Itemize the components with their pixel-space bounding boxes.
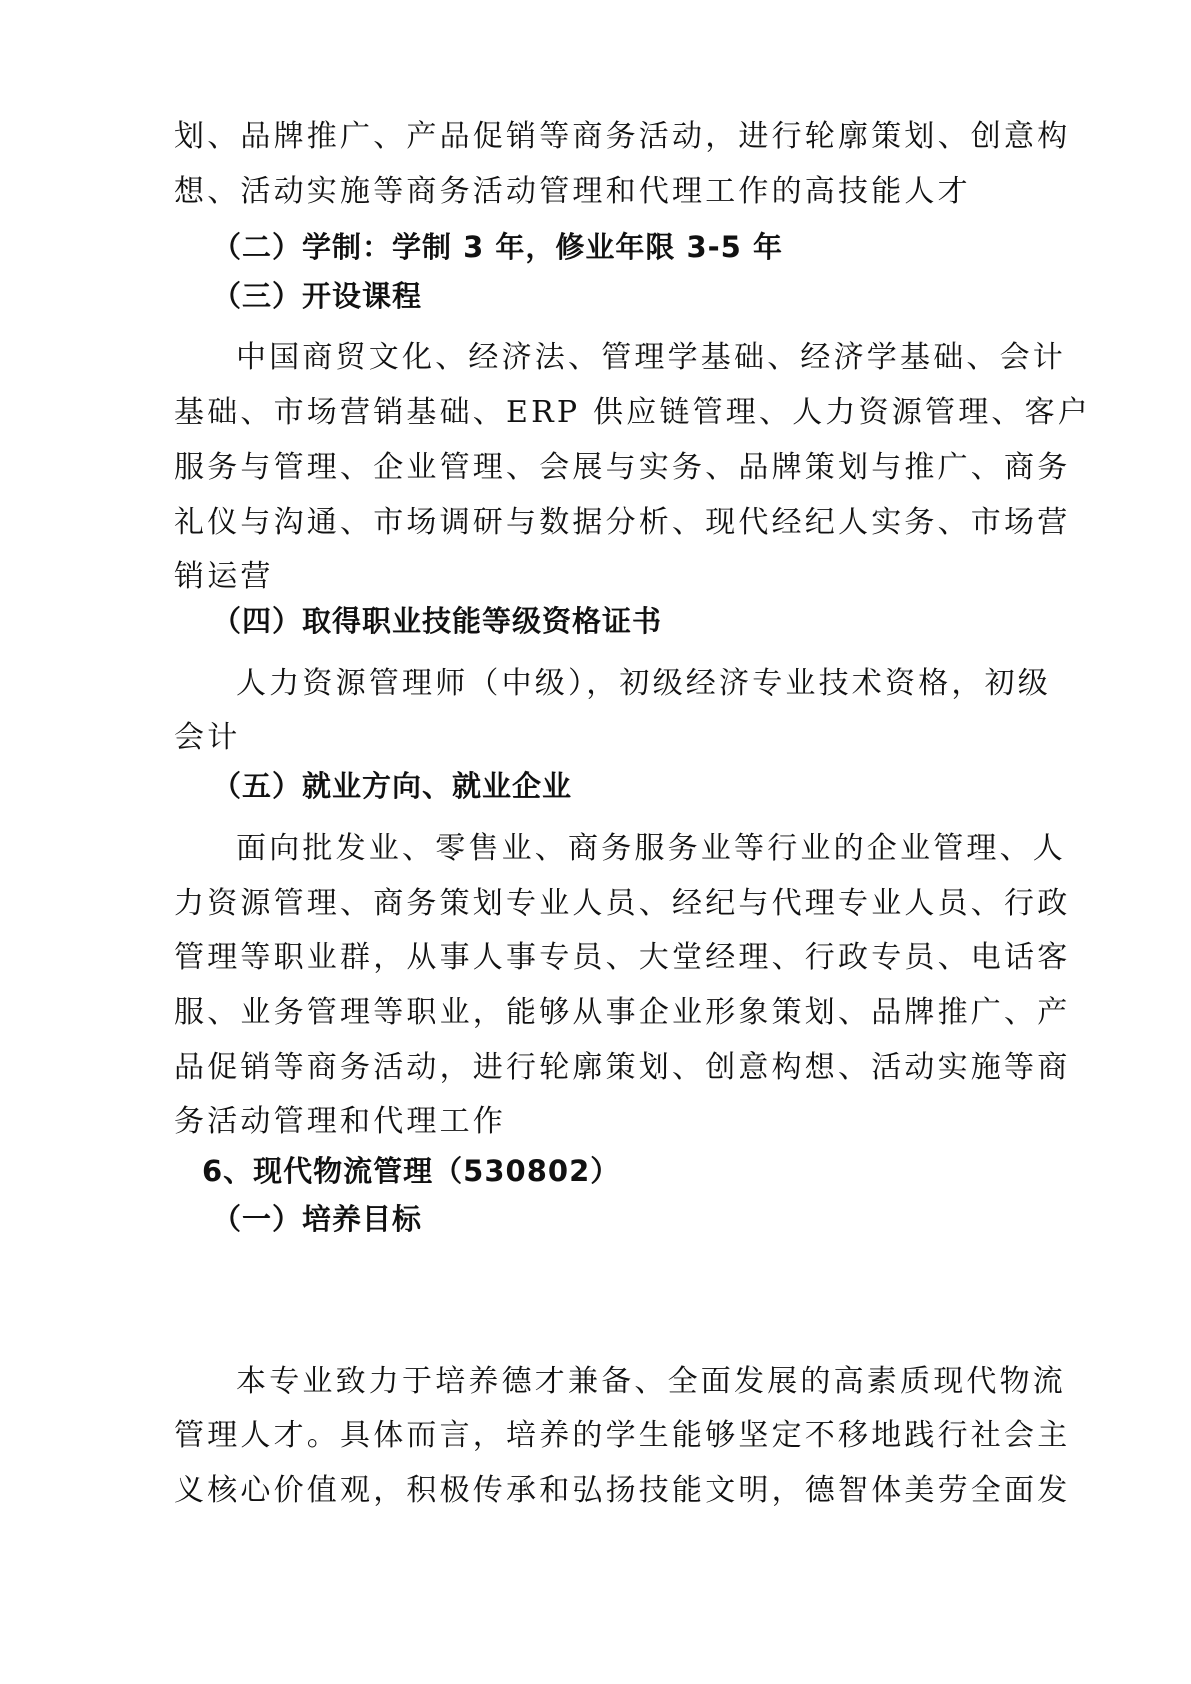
section-heading-courses: （三）开设课程 <box>212 276 422 316</box>
paragraph-line: 会计 <box>174 718 240 758</box>
major-title-logistics: 6、现代物流管理（530802） <box>202 1151 620 1191</box>
paragraph-line: 管理等职业群，从事人事专员、大堂经理、行政专员、电话客 <box>174 938 1070 978</box>
paragraph-line: 义核心价值观，积极传承和弘扬技能文明，德智体美劳全面发 <box>174 1471 1070 1511</box>
paragraph-line: 管理人才。具体而言，培养的学生能够坚定不移地践行社会主 <box>174 1416 1070 1456</box>
paragraph-line: 本专业致力于培养德才兼备、全面发展的高素质现代物流 <box>236 1362 1066 1402</box>
paragraph-line: 销运营 <box>174 557 274 597</box>
section-heading-objectives: （一）培养目标 <box>212 1199 422 1239</box>
paragraph-line: 中国商贸文化、经济法、管理学基础、经济学基础、会计 <box>236 338 1066 378</box>
paragraph-line: 服务与管理、企业管理、会展与实务、品牌策划与推广、商务 <box>174 448 1070 488</box>
section-heading-certificates: （四）取得职业技能等级资格证书 <box>212 601 662 641</box>
paragraph-line: 品促销等商务活动，进行轮廓策划、创意构想、活动实施等商 <box>174 1048 1070 1088</box>
paragraph-line: 基础、市场营销基础、ERP 供应链管理、人力资源管理、客户 <box>174 393 1091 433</box>
paragraph-line: 想、活动实施等商务活动管理和代理工作的高技能人才 <box>174 172 971 212</box>
paragraph-line: 服、业务管理等职业，能够从事企业形象策划、品牌推广、产 <box>174 993 1070 1033</box>
section-heading-duration: （二）学制：学制 3 年，修业年限 3-5 年 <box>212 227 783 267</box>
paragraph-line: 面向批发业、零售业、商务服务业等行业的企业管理、人 <box>236 829 1066 869</box>
section-heading-employment: （五）就业方向、就业企业 <box>212 766 572 806</box>
paragraph-line: 人力资源管理师（中级），初级经济专业技术资格，初级 <box>236 664 1051 704</box>
paragraph-line: 礼仪与沟通、市场调研与数据分析、现代经纪人实务、市场营 <box>174 503 1070 543</box>
paragraph-line: 务活动管理和代理工作 <box>174 1102 506 1142</box>
paragraph-line: 划、品牌推广、产品促销等商务活动，进行轮廓策划、创意构 <box>174 117 1070 157</box>
paragraph-line: 力资源管理、商务策划专业人员、经纪与代理专业人员、行政 <box>174 884 1070 924</box>
